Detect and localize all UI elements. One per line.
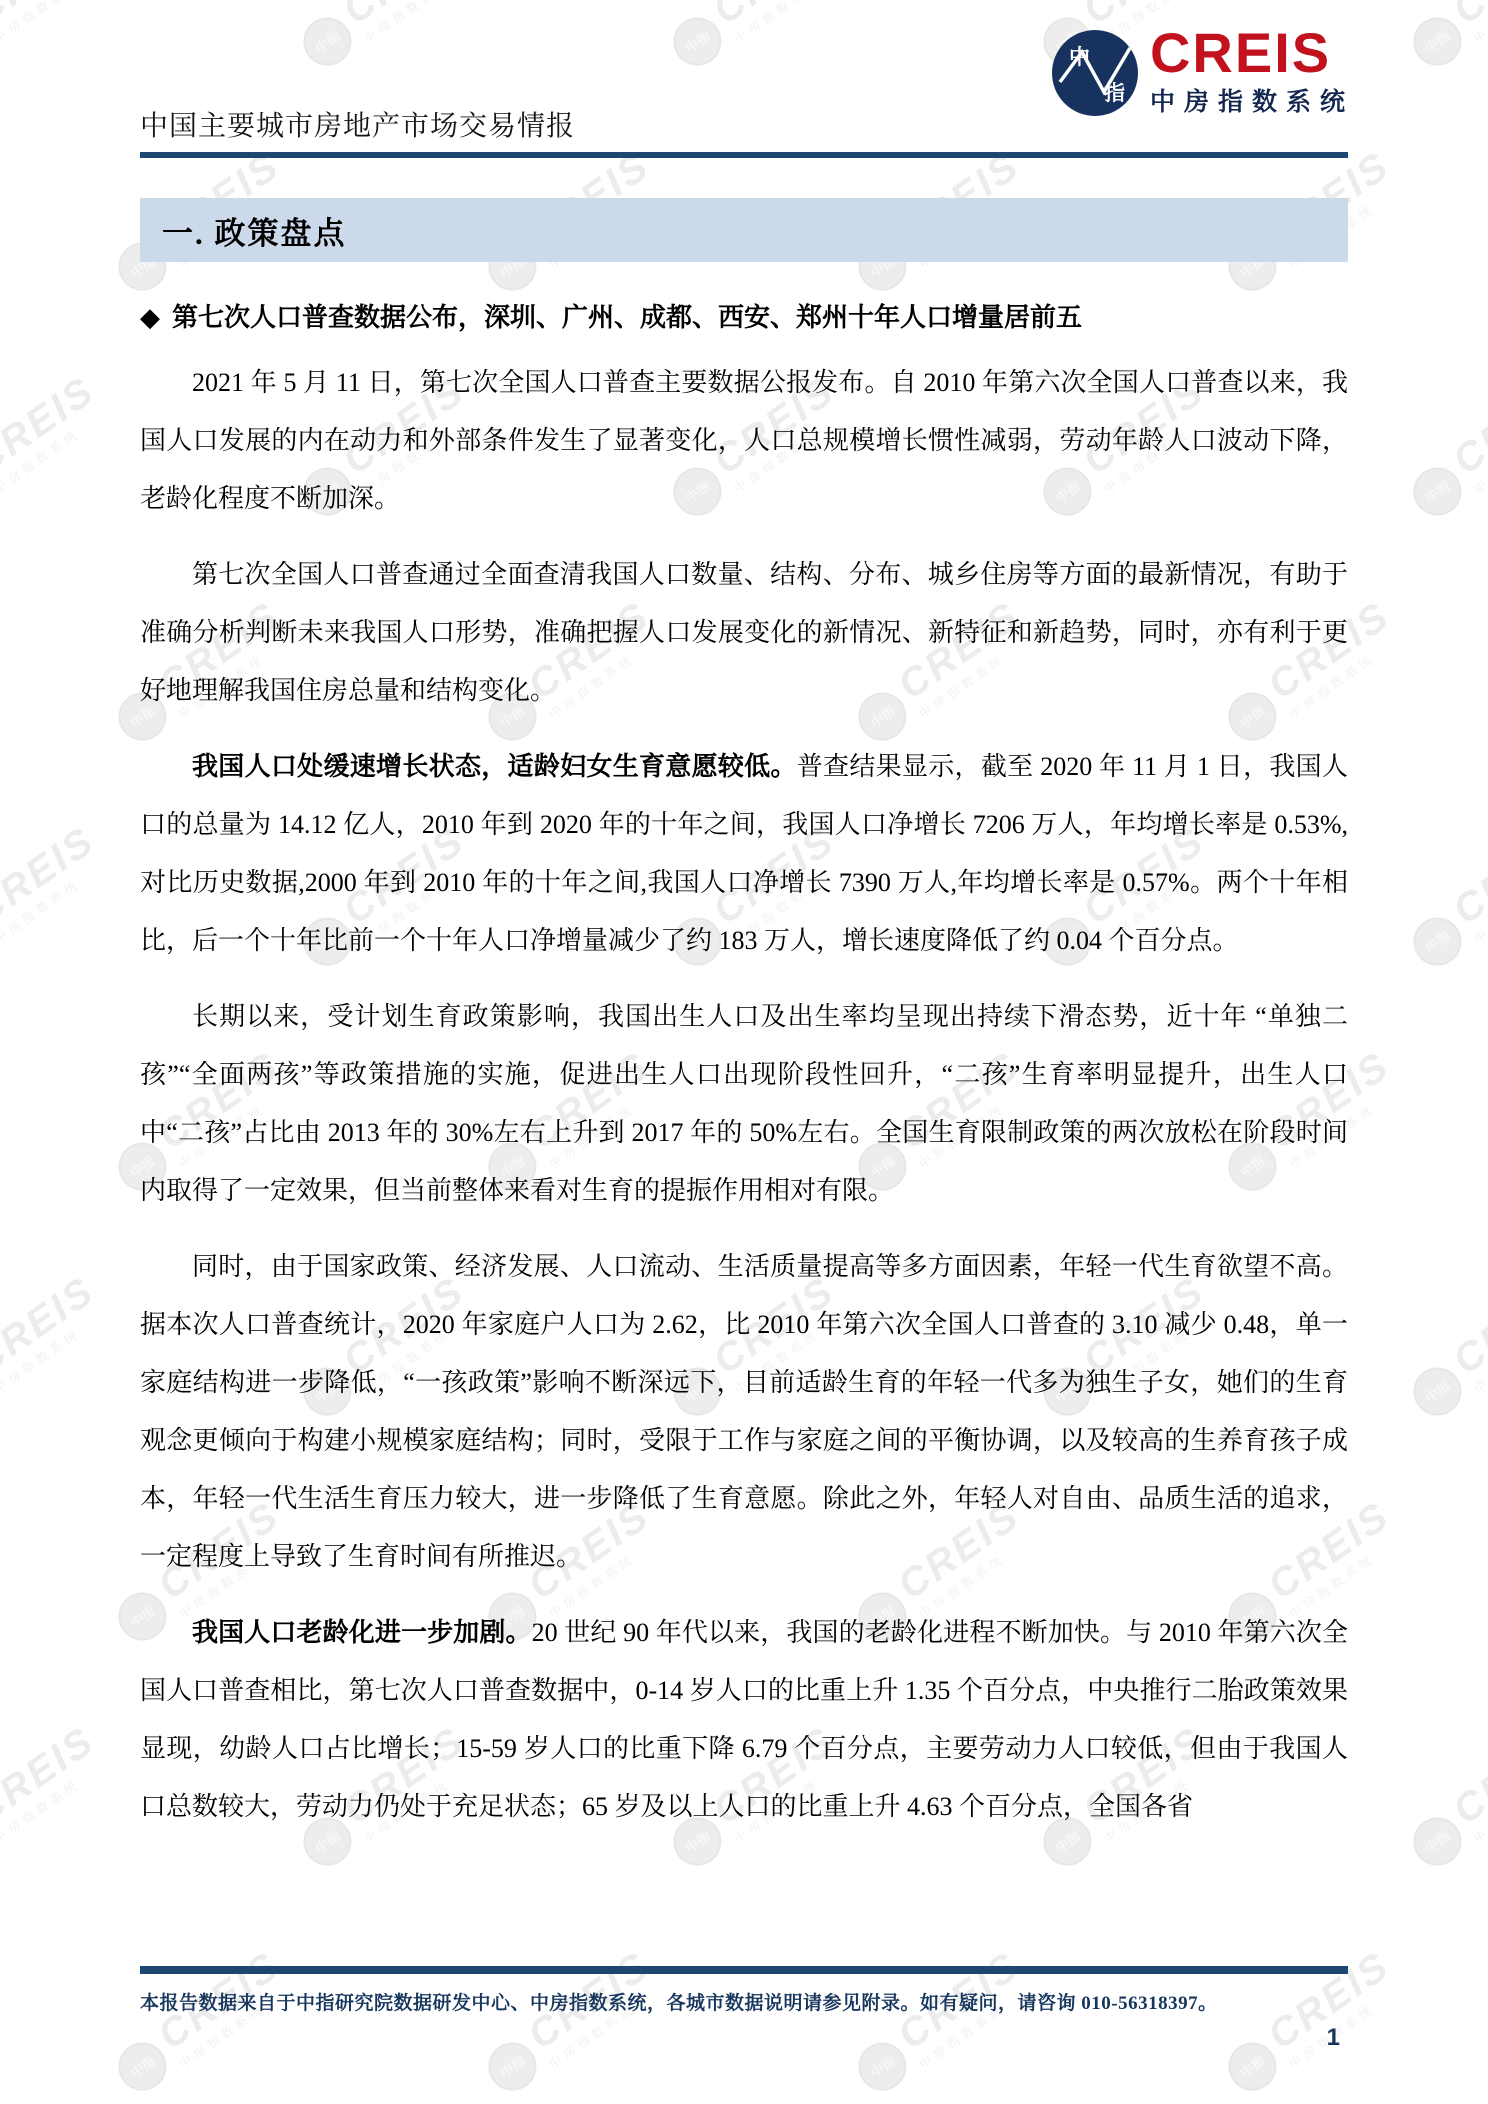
paragraph-text: 同时，由于国家政策、经济发展、人口流动、生活质量提高等多方面因素，年轻一代生育欲… — [140, 1252, 1348, 1571]
article-body: 2021 年 5 月 11 日，第七次全国人口普查主要数据公报发布。自 2010… — [140, 346, 1348, 1946]
logo-brand-name: CREIS — [1150, 28, 1354, 78]
paragraph-text: 长期以来，受计划生育政策影响，我国出生人口及出生率均呈现出持续下滑态势，近十年 … — [140, 1002, 1348, 1205]
logo-char-bottom: 指 — [1104, 77, 1125, 107]
page-footer: 本报告数据来自于中指研究院数据研发中心、中房指数系统，各城市数据说明请参见附录。… — [140, 1966, 1348, 2052]
paragraph-text: 普查结果显示，截至 2020 年 11 月 1 日，我国人口的总量为 14.12… — [140, 752, 1348, 955]
logo-circle-icon: 中 指 — [1052, 30, 1138, 116]
body-paragraph: 长期以来，受计划生育政策影响，我国出生人口及出生率均呈现出持续下滑态势，近十年 … — [140, 988, 1348, 1220]
paragraph-bold-lead: 我国人口处缓速增长状态，适龄妇女生育意愿较低。 — [192, 752, 797, 781]
paragraph-text: 20 世纪 90 年代以来，我国的老龄化进程不断加快。与 2010 年第六次全国… — [140, 1618, 1348, 1821]
body-paragraph: 我国人口处缓速增长状态，适龄妇女生育意愿较低。普查结果显示，截至 2020 年 … — [140, 738, 1348, 970]
section-heading-band: 一. 政策盘点 — [140, 198, 1348, 262]
report-page: 中指CREIS中房指数系统中指CREIS中房指数系统中指CREIS中房指数系统中… — [0, 0, 1488, 2104]
logo-brand-subtitle: 中房指数系统 — [1150, 82, 1354, 118]
logo-text: CREIS 中房指数系统 — [1150, 28, 1354, 118]
article-headline: ◆第七次人口普查数据公布，深圳、广州、成都、西安、郑州十年人口增量居前五 — [140, 298, 1348, 338]
headline-text: 第七次人口普查数据公布，深圳、广州、成都、西安、郑州十年人口增量居前五 — [172, 303, 1082, 332]
creis-logo: 中 指 CREIS 中房指数系统 — [1052, 28, 1354, 118]
body-paragraph: 同时，由于国家政策、经济发展、人口流动、生活质量提高等多方面因素，年轻一代生育欲… — [140, 1238, 1348, 1586]
page-number: 1 — [140, 2024, 1348, 2052]
footer-note: 本报告数据来自于中指研究院数据研发中心、中房指数系统，各城市数据说明请参见附录。… — [140, 1990, 1348, 2018]
diamond-bullet-icon: ◆ — [140, 303, 160, 332]
document-title: 中国主要城市房地产市场交易情报 — [140, 104, 575, 144]
footer-rule — [140, 1966, 1348, 1974]
body-paragraph: 2021 年 5 月 11 日，第七次全国人口普查主要数据公报发布。自 2010… — [140, 354, 1348, 528]
logo-zigzag-icon — [1052, 30, 1138, 116]
body-paragraph: 我国人口老龄化进一步加剧。20 世纪 90 年代以来，我国的老龄化进程不断加快。… — [140, 1604, 1348, 1836]
paragraph-text: 2021 年 5 月 11 日，第七次全国人口普查主要数据公报发布。自 2010… — [140, 368, 1348, 513]
logo-char-top: 中 — [1069, 41, 1090, 71]
section-heading: 一. 政策盘点 — [162, 208, 347, 253]
page-content: 中国主要城市房地产市场交易情报 中 指 CREIS 中房指数系统 一. 政策盘点 — [0, 0, 1488, 2104]
body-paragraph: 第七次全国人口普查通过全面查清我国人口数量、结构、分布、城乡住房等方面的最新情况… — [140, 546, 1348, 720]
paragraph-bold-lead: 我国人口老龄化进一步加剧。 — [192, 1618, 532, 1647]
header-rule — [140, 152, 1348, 158]
paragraph-text: 第七次全国人口普查通过全面查清我国人口数量、结构、分布、城乡住房等方面的最新情况… — [140, 560, 1348, 705]
page-header: 中国主要城市房地产市场交易情报 中 指 CREIS 中房指数系统 — [140, 0, 1348, 152]
